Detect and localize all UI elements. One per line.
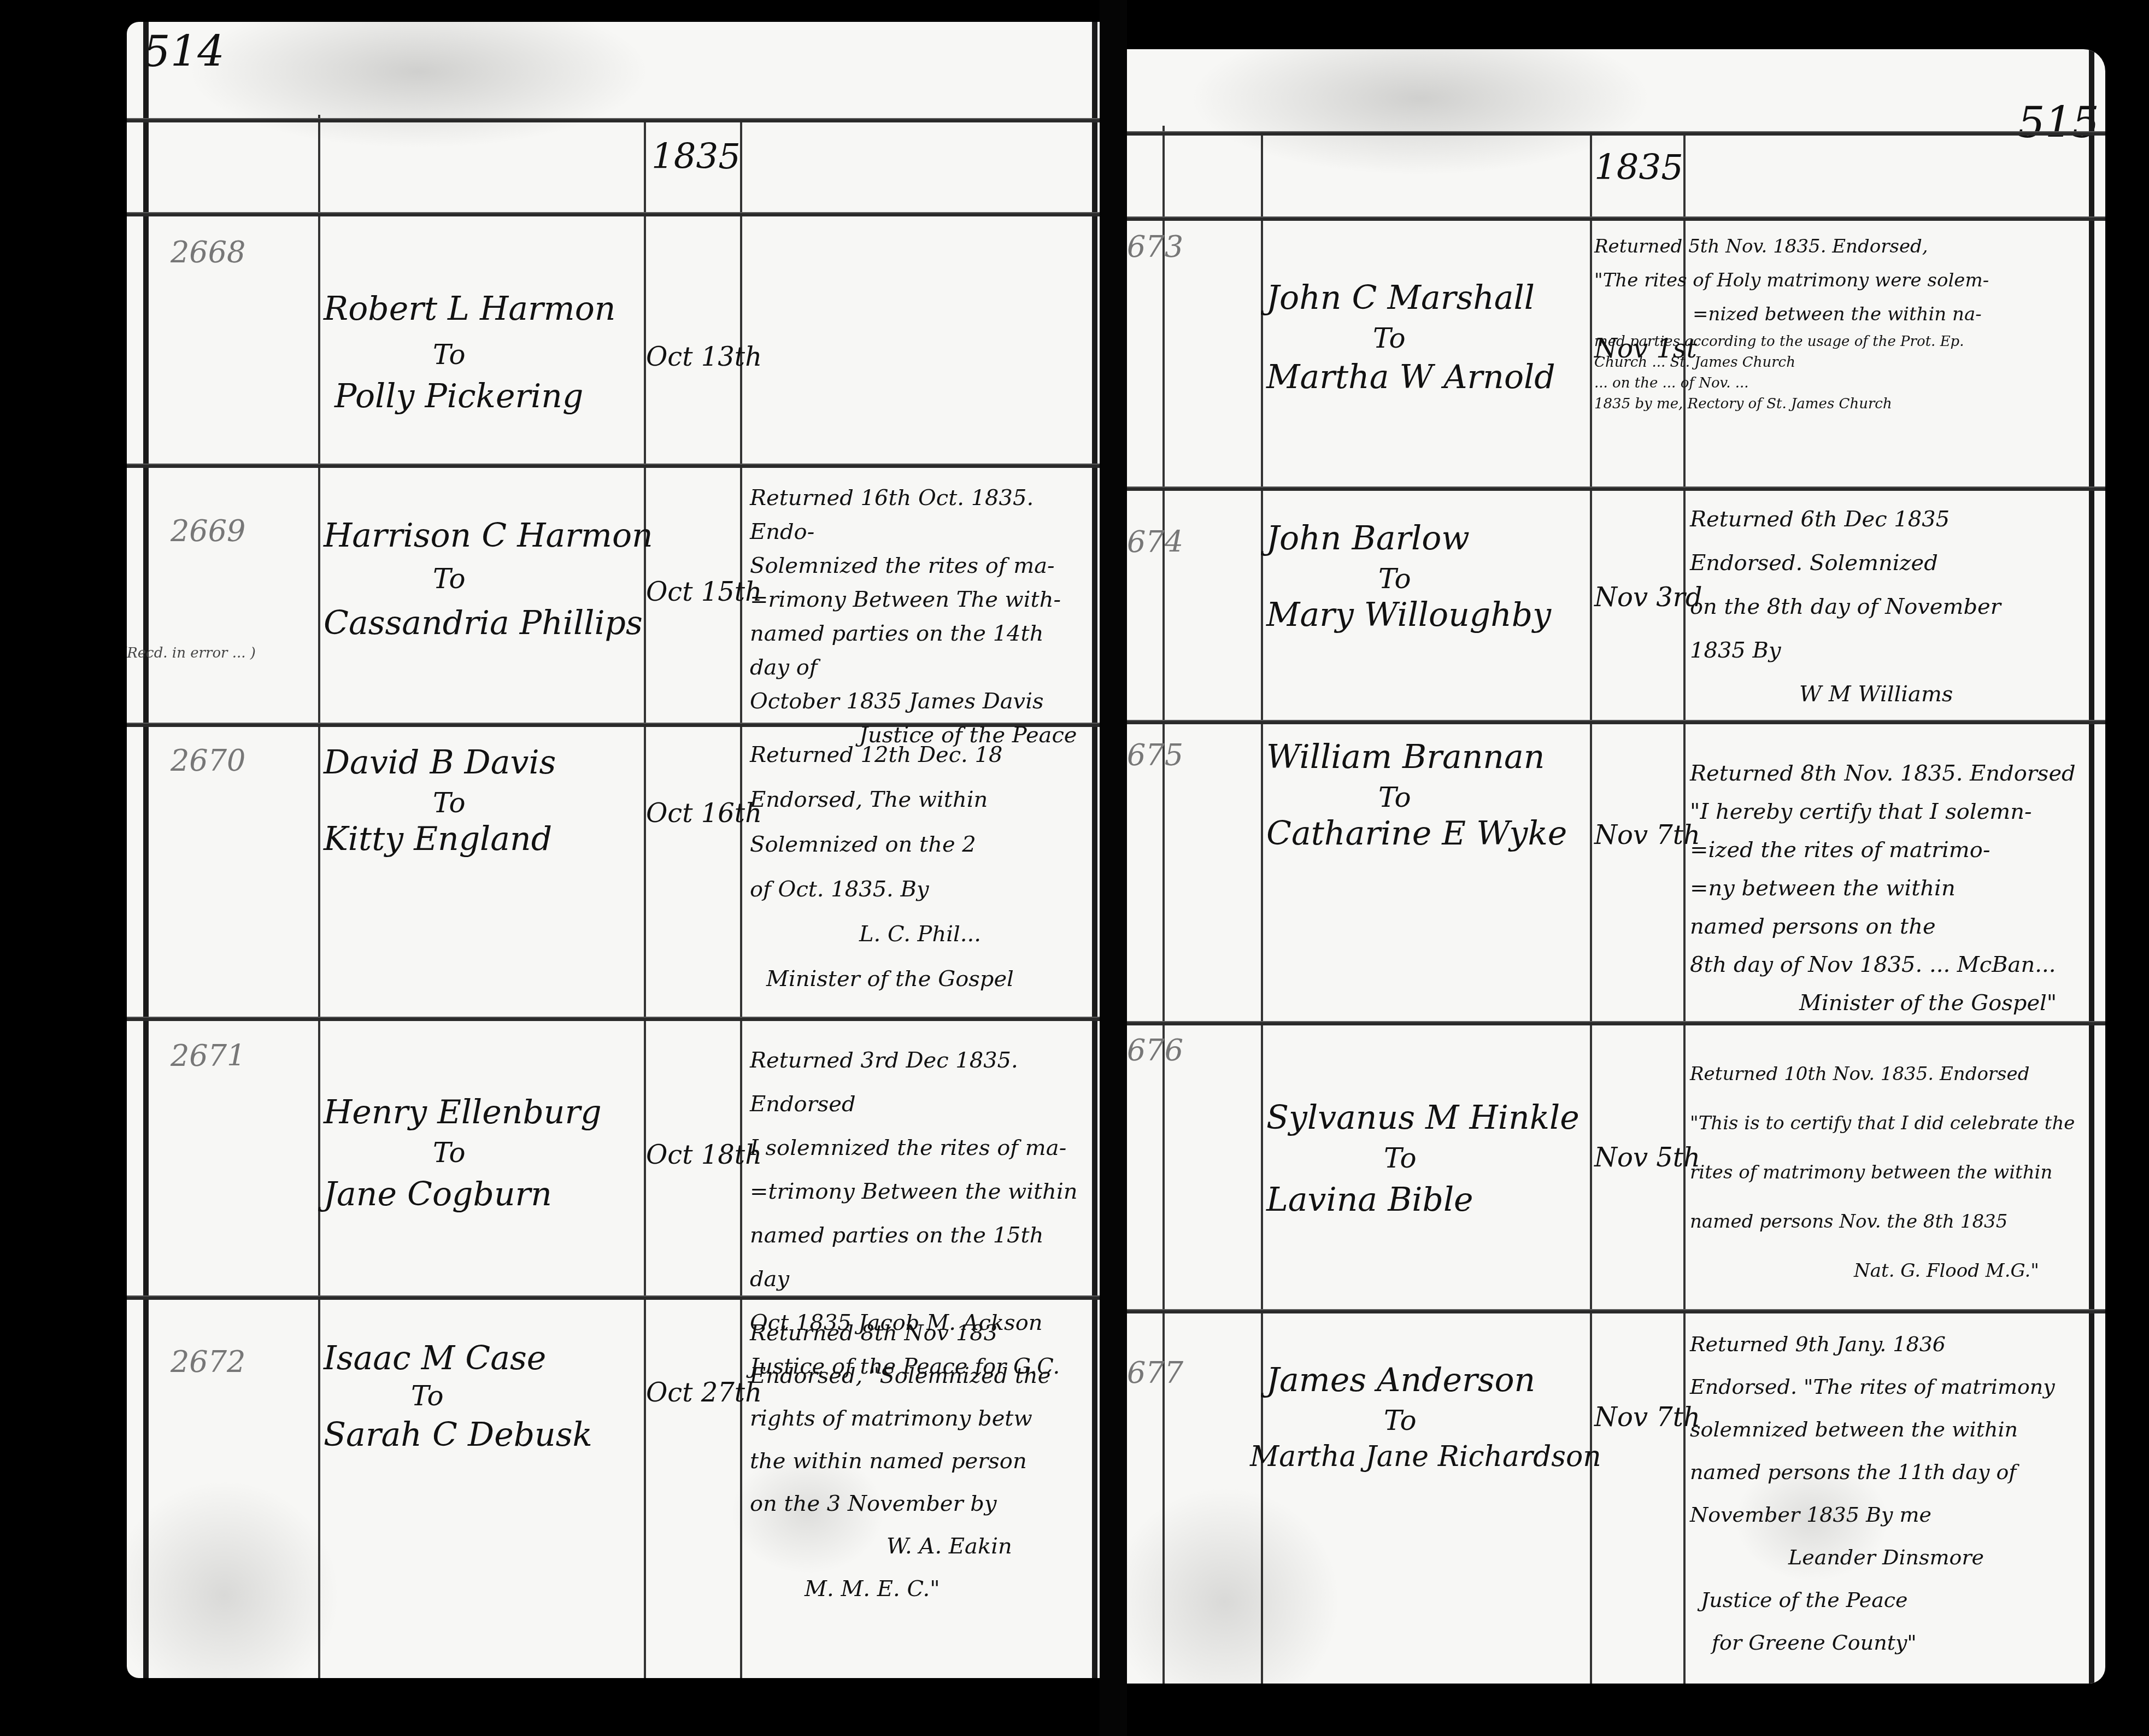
return-endorsement: Returned 8th Nov 183 Endorsed, "Solemniz… <box>750 1312 1089 1610</box>
to-label: To <box>1384 1142 1417 1174</box>
column-rule <box>318 115 320 1678</box>
return-endorsement: Returned 12th Dec. 18 Endorsed, The with… <box>750 732 1089 1001</box>
license-date: Nov 7th <box>1594 820 1700 851</box>
column-rule <box>1162 126 1165 1684</box>
groom-name: Harrison C Harmon <box>324 517 653 555</box>
entry-number: 2672 <box>171 1345 245 1379</box>
header-rule <box>127 118 1100 122</box>
margin-note: (Recd. in error ... ) <box>127 645 256 661</box>
register-page-left: 514 1835 2668 Robert L Harmon To Polly P… <box>127 22 1100 1678</box>
groom-name: James Anderson <box>1266 1361 1535 1399</box>
to-label: To <box>433 339 466 371</box>
register-page-right: 515 1835 673 John C Marshall To Martha W… <box>1127 49 2105 1684</box>
row-rule <box>1127 1309 2105 1313</box>
license-date: Oct 16th <box>646 798 762 829</box>
to-label: To <box>411 1380 444 1412</box>
bride-name: Sarah C Debusk <box>324 1416 592 1454</box>
to-label: To <box>1378 563 1411 595</box>
license-date: Nov 7th <box>1594 1402 1700 1433</box>
entry-number: 2669 <box>171 514 245 548</box>
row-rule <box>127 1017 1100 1021</box>
groom-name: Isaac M Case <box>324 1339 546 1377</box>
bride-name: Cassandria Phillips <box>324 604 643 642</box>
row-rule <box>1127 486 2105 491</box>
bride-name: Kitty England <box>324 820 552 858</box>
groom-name: Sylvanus M Hinkle <box>1266 1099 1580 1137</box>
return-endorsement: Returned 9th Jany. 1836 Endorsed. "The r… <box>1690 1323 2083 1664</box>
groom-name: David B Davis <box>324 743 556 782</box>
year-header: 1835 <box>1594 148 1683 188</box>
row-rule <box>1127 720 2105 724</box>
to-label: To <box>433 563 466 595</box>
header-rule <box>1127 216 2105 221</box>
return-endorsement: Returned 5th Nov. 1835. Endorsed, "The r… <box>1594 230 2086 414</box>
license-date: Oct 15th <box>646 577 762 607</box>
year-header: 1835 <box>651 137 741 177</box>
header-rule <box>1127 131 2105 136</box>
license-date: Nov 3rd <box>1594 582 1702 613</box>
margin-rule <box>143 22 149 1678</box>
entry-number: 676 <box>1127 1033 1183 1068</box>
page-edge-rule <box>2089 49 2094 1684</box>
page-number: 515 <box>2018 98 2099 148</box>
return-endorsement: Returned 6th Dec 1835 Endorsed. Solemniz… <box>1690 497 2083 716</box>
groom-name: Robert L Harmon <box>324 290 615 328</box>
entry-number: 675 <box>1127 738 1183 772</box>
groom-name: John Barlow <box>1266 519 1470 558</box>
page-number: 514 <box>143 27 225 77</box>
to-label: To <box>1384 1405 1417 1436</box>
bride-name: Jane Cogburn <box>324 1175 552 1213</box>
groom-name: John C Marshall <box>1266 279 1535 317</box>
groom-name: Henry Ellenburg <box>324 1093 602 1131</box>
to-label: To <box>1373 322 1406 354</box>
to-label: To <box>433 1137 466 1169</box>
entry-number: 2668 <box>171 235 245 269</box>
bride-name: Mary Willoughby <box>1266 596 1551 634</box>
entry-number: 673 <box>1127 230 1183 264</box>
entry-number: 677 <box>1127 1356 1183 1390</box>
bride-name: Martha Jane Richardson <box>1250 1440 1601 1473</box>
license-date: Oct 18th <box>646 1140 762 1170</box>
bride-name: Catharine E Wyke <box>1266 814 1567 853</box>
to-label: To <box>1378 782 1411 813</box>
bride-name: Martha W Arnold <box>1266 358 1555 396</box>
page-edge-rule <box>1092 22 1097 1678</box>
book-gutter <box>1100 0 1127 1736</box>
return-endorsement: Returned 8th Nov. 1835. Endorsed "I here… <box>1690 754 2083 1022</box>
groom-name: William Brannan <box>1266 738 1545 776</box>
to-label: To <box>433 787 466 819</box>
header-rule <box>127 212 1100 216</box>
return-endorsement: Returned 10th Nov. 1835. Endorsed "This … <box>1690 1049 2083 1295</box>
license-date: Oct 13th <box>646 342 762 372</box>
bride-name: Polly Pickering <box>334 377 583 415</box>
bride-name: Lavina Bible <box>1266 1181 1473 1219</box>
row-rule <box>127 464 1100 468</box>
license-date: Oct 27th <box>646 1377 762 1408</box>
entry-number: 2670 <box>171 743 245 778</box>
return-endorsement: Returned 16th Oct. 1835. Endo- Solemnize… <box>750 481 1089 752</box>
entry-number: 2671 <box>171 1039 245 1073</box>
license-date: Nov 5th <box>1594 1142 1700 1173</box>
entry-number: 674 <box>1127 525 1183 559</box>
